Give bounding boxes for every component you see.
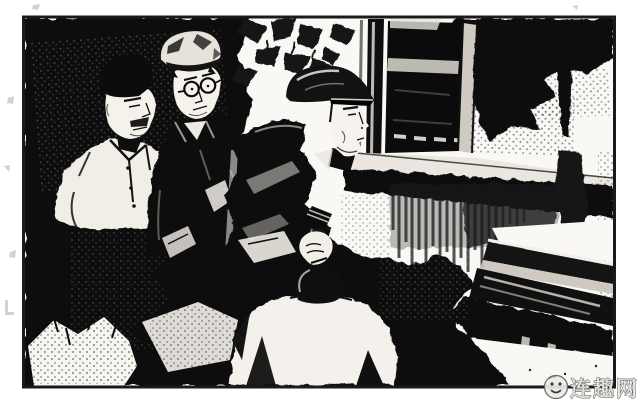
shadow-fade-texture [469, 93, 576, 157]
scanned-illustration-page: 连趣网 [0, 0, 640, 414]
watermark: 连趣网 [545, 376, 640, 402]
window [358, 19, 477, 162]
eye [191, 88, 194, 91]
window-interior [385, 21, 463, 153]
smiley-face-logo [545, 376, 568, 399]
watermark-text: 连趣网 [570, 377, 639, 401]
lianhuanhua-illustration: 连趣网 [0, 0, 640, 414]
eye [348, 114, 356, 115]
eye [207, 85, 210, 88]
